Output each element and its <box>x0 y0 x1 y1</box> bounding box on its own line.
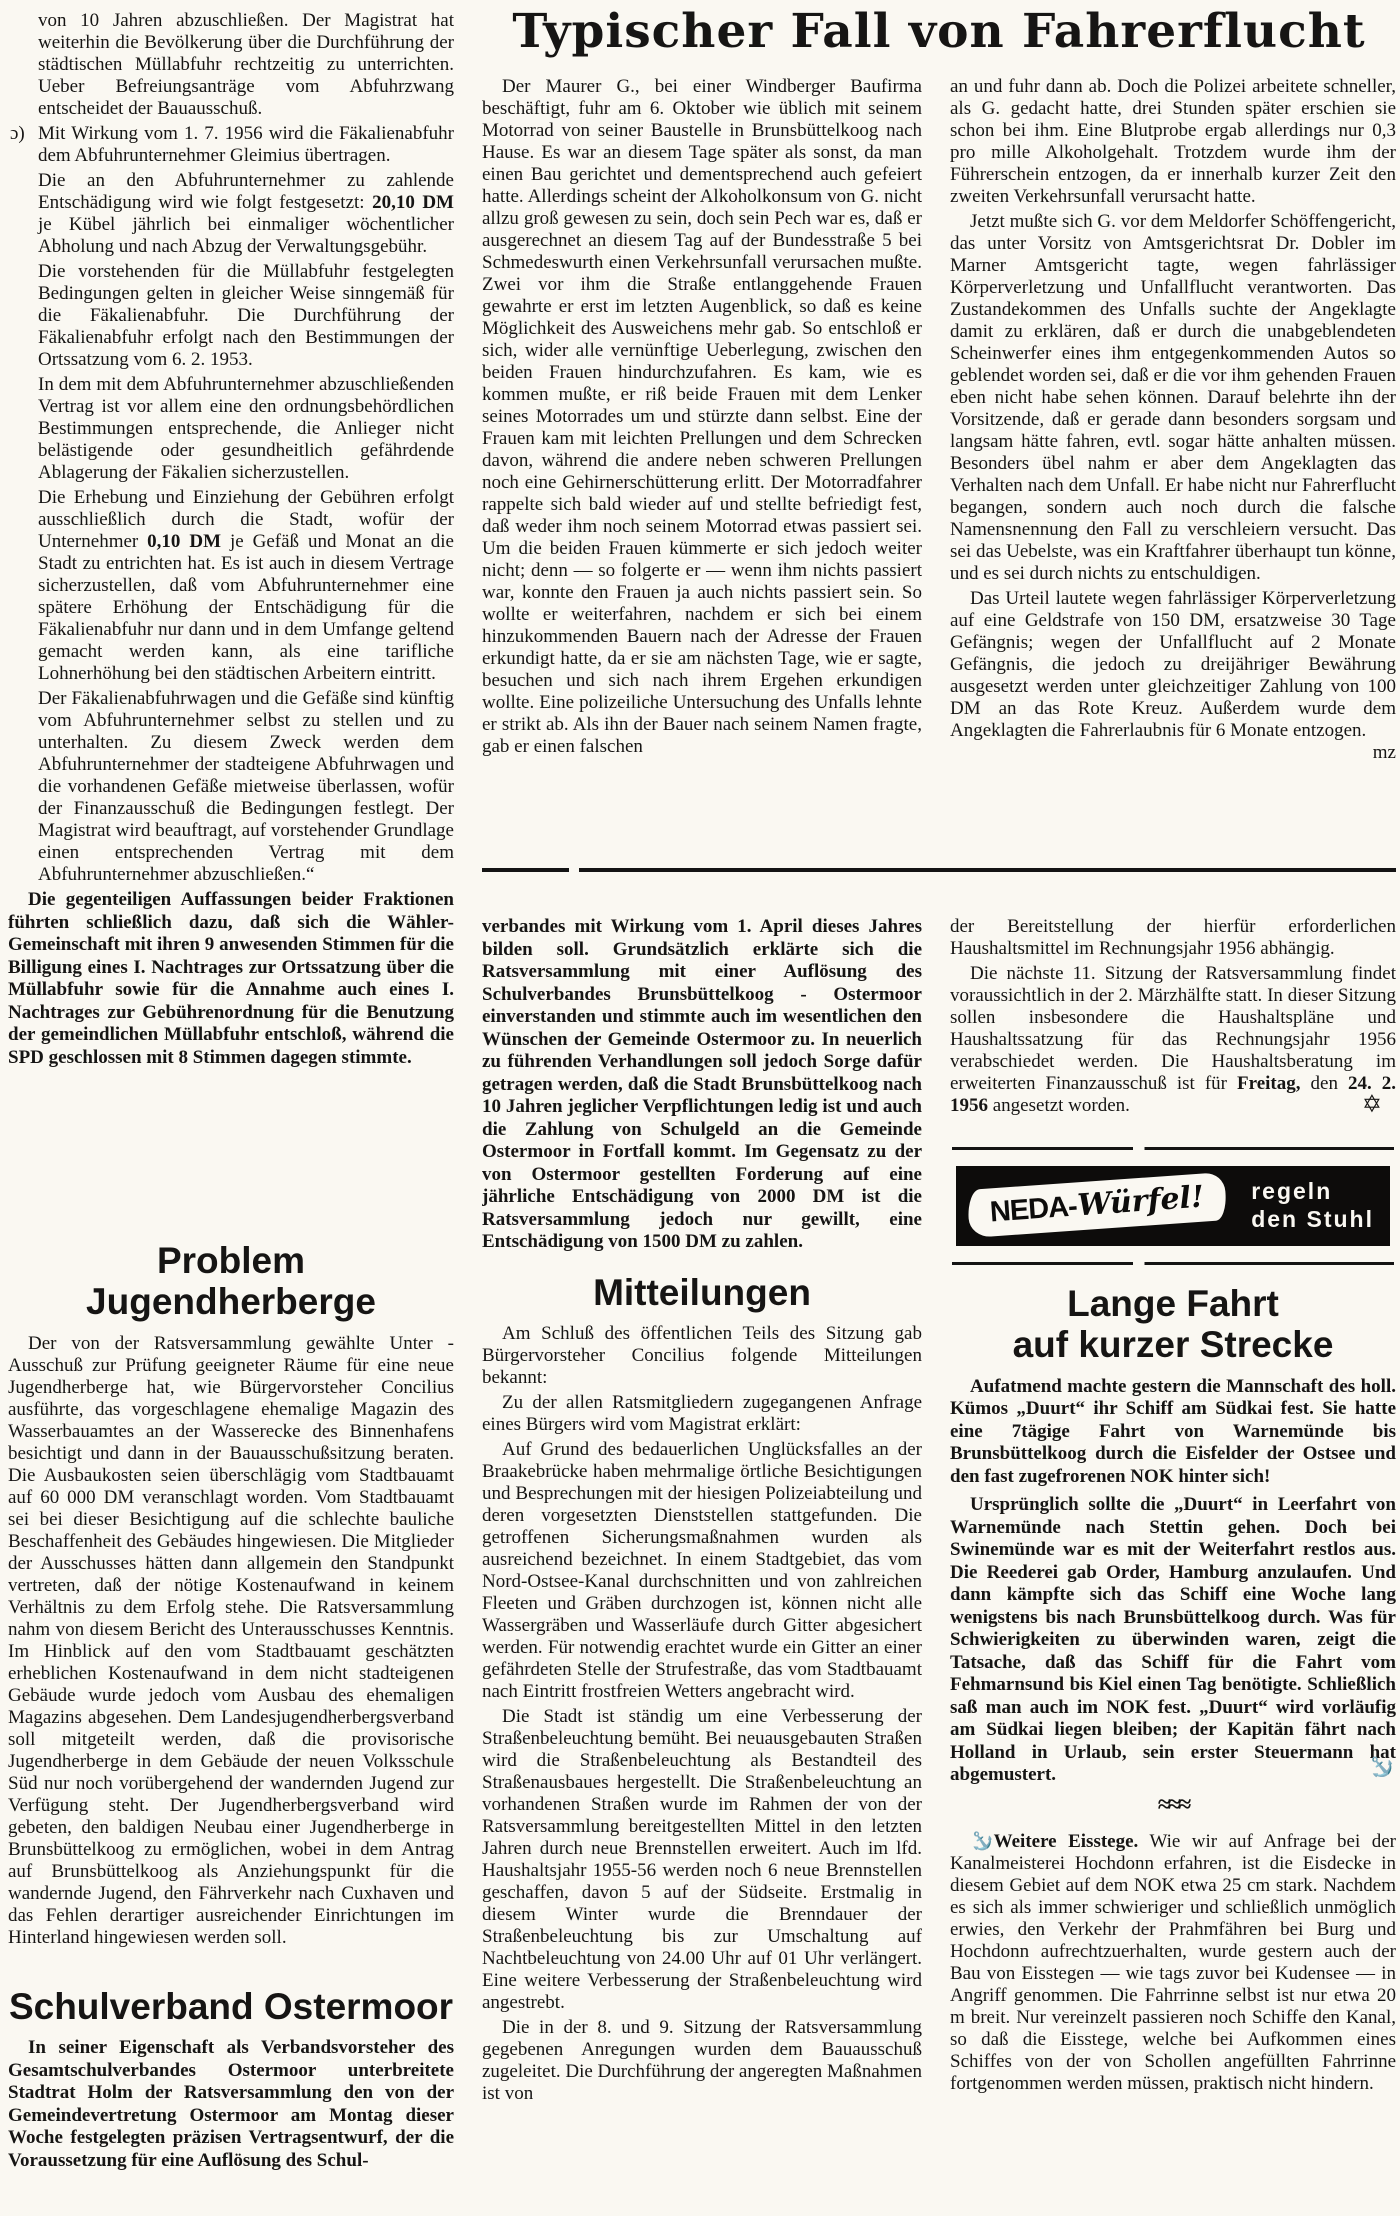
list-marker: ɔ) <box>10 123 25 145</box>
paragraph: In seiner Eigenschaft als Verbandsvorste… <box>8 2037 454 2172</box>
body-text: Jetzt mußte sich G. vor dem Meldorfer Sc… <box>950 211 1396 584</box>
heading-mitteilungen: Mitteilungen <box>482 1272 922 1313</box>
paragraph: Die vorstehenden für die Müllabfuhr fest… <box>8 261 454 371</box>
neda-ad-banner: NEDA-Würfel! <box>967 1172 1228 1238</box>
main-article-column-1: Der Maurer G., bei einer Windberger Bauf… <box>482 76 922 876</box>
body-text: Der von der Ratsversammlung gewählte Unt… <box>8 1333 454 1948</box>
heading-line: Problem Jugendherberge <box>8 1240 454 1323</box>
paragraph: Der Maurer G., bei einer Windberger Bauf… <box>482 76 922 758</box>
heading-line: auf kurzer Strecke <box>950 1324 1396 1365</box>
heading-schulverband-ostermoor: Schulverband Ostermoor <box>8 1986 454 2027</box>
body-text: Die in der 8. und 9. Sitzung der Ratsver… <box>482 2017 922 2104</box>
neda-brand-script: Würfel! <box>1077 1187 1205 1218</box>
body-text: Der Fäkalienabfuhrwagen und die Gefäße s… <box>38 688 454 885</box>
body-text: In dem mit dem Abfuhrunternehmer abzusch… <box>38 374 454 483</box>
left-column-schulverband-section: Schulverband OstermoorIn seiner Eigensch… <box>8 1968 454 2210</box>
paragraph: Das Urteil lautete wegen fahrlässiger Kö… <box>950 588 1396 742</box>
neda-brand-prefix: NEDA- <box>989 1195 1077 1223</box>
body-text: von 10 Jahren abzuschließen. Der Magistr… <box>38 10 454 119</box>
body-text: an und fuhr dann ab. Doch die Polizei ar… <box>950 76 1396 207</box>
body-text: Wie wir auf Anfrage bei der Kanalmeister… <box>950 1831 1396 2094</box>
left-column-top-section: von 10 Jahren abzuschließen. Der Magistr… <box>8 10 454 1218</box>
body-text: Auf Grund des bedauerlichen Unglücksfall… <box>482 1439 922 1702</box>
paragraph: der Bereitstellung der hierfür erforderl… <box>950 916 1396 960</box>
paragraph: Die Stadt ist ständig um eine Verbesseru… <box>482 1706 922 2014</box>
body-text: Die gegenteiligen Auffassungen beider Fr… <box>8 889 454 1068</box>
left-column-jugendherberge-section: Problem JugendherbergeDer von der Ratsve… <box>8 1222 454 1964</box>
paragraph: Der von der Ratsversammlung gewählte Unt… <box>8 1333 454 1949</box>
neda-ad-tagline: regeln den Stuhl <box>1251 1177 1374 1233</box>
body-text: verbandes mit Wirkung vom 1. April diese… <box>482 916 922 1252</box>
paragraph: Die gegenteiligen Auffassungen beider Fr… <box>8 889 454 1069</box>
neda-tagline-line2: den Stuhl <box>1251 1205 1374 1233</box>
paragraph: Am Schluß des öffentlichen Teils des Sit… <box>482 1323 922 1389</box>
paragraph: ⚓ Weitere Eisstege. Wie wir auf Anfrage … <box>950 1831 1396 2095</box>
body-text: je Kübel jährlich bei einmaliger wöchent… <box>38 214 454 257</box>
paragraph: Die in der 8. und 9. Sitzung der Ratsver… <box>482 2017 922 2105</box>
body-text: angesetzt worden. <box>988 1095 1130 1116</box>
paragraph: verbandes mit Wirkung vom 1. April diese… <box>482 916 922 1254</box>
bold-text: Freitag, <box>1237 1073 1301 1094</box>
ad-bottom-rule <box>952 1262 1394 1265</box>
body-text: Am Schluß des öffentlichen Teils des Sit… <box>482 1323 922 1388</box>
paragraph: Der Fäkalienabfuhrwagen und die Gefäße s… <box>8 688 454 886</box>
body-text: Der Maurer G., bei einer Windberger Bauf… <box>482 76 922 757</box>
neda-ad: NEDA-Würfel! regeln den Stuhl <box>950 1147 1396 1265</box>
middle-column-bottom-section: verbandes mit Wirkung vom 1. April diese… <box>482 916 922 2210</box>
right-column-bottom-section: der Bereitstellung der hierfür erforderl… <box>950 916 1396 2210</box>
body-text: den <box>1301 1073 1348 1094</box>
star-symbol: ✡ <box>1342 1095 1382 1115</box>
body-text: Aufatmend machte gestern die Mannschaft … <box>950 1376 1396 1487</box>
paragraph: Die an den Abfuhrunternehmer zu zahlende… <box>8 170 454 258</box>
paragraph: Auf Grund des bedauerlichen Unglücksfall… <box>482 1439 922 1703</box>
article-headline: Typischer Fall von Fahrerflucht <box>482 0 1396 64</box>
paragraph: von 10 Jahren abzuschließen. Der Magistr… <box>8 10 454 120</box>
heading-problem-jugendherberge: Problem Jugendherberge <box>8 1240 454 1323</box>
body-text: Die Stadt ist ständig um eine Verbesseru… <box>482 1706 922 2013</box>
body-text: Ursprünglich sollte die „Duurt“ in Leerf… <box>950 1494 1396 1785</box>
newspaper-page: Typischer Fall von Fahrerflucht von 10 J… <box>0 0 1400 2216</box>
body-text: Zu der allen Ratsmitgliedern zugegangene… <box>482 1392 922 1435</box>
paragraph: an und fuhr dann ab. Doch die Polizei ar… <box>950 76 1396 208</box>
bold-text: 20,10 DM <box>372 192 454 213</box>
wave-divider: ≈≈≈ <box>950 1793 1396 1817</box>
paragraph: Zu der allen Ratsmitgliedern zugegangene… <box>482 1392 922 1436</box>
paragraph: Die nächste 11. Sitzung der Ratsversamml… <box>950 963 1396 1117</box>
heading-lange-fahrt: Lange Fahrtauf kurzer Strecke <box>950 1283 1396 1366</box>
body-text: der Bereitstellung der hierfür erforderl… <box>950 916 1396 959</box>
paragraph: Ursprünglich sollte die „Duurt“ in Leerf… <box>950 1494 1396 1787</box>
body-text: In seiner Eigenschaft als Verbandsvorste… <box>8 2037 454 2171</box>
bold-text: 0,10 DM <box>147 531 221 552</box>
ad-top-rule <box>952 1147 1394 1150</box>
bold-text: Weitere Eisstege. <box>994 1831 1139 1852</box>
paragraph: In dem mit dem Abfuhrunternehmer abzusch… <box>8 374 454 484</box>
author-initials: mz <box>1353 742 1396 764</box>
paragraph: ɔ)Mit Wirkung vom 1. 7. 1956 wird die Fä… <box>8 123 454 167</box>
main-article-column-2: an und fuhr dann ab. Doch die Polizei ar… <box>950 76 1396 876</box>
body-text: Mit Wirkung vom 1. 7. 1956 wird die Fäka… <box>38 123 454 166</box>
body-text: Die vorstehenden für die Müllabfuhr fest… <box>38 261 454 370</box>
neda-ad-box: NEDA-Würfel! regeln den Stuhl <box>956 1166 1390 1246</box>
neda-tagline-line1: regeln <box>1251 1177 1374 1205</box>
body-text: je Gefäß und Monat an die Stadt zu entri… <box>38 531 454 684</box>
heading-line: Lange Fahrt <box>950 1283 1396 1324</box>
paragraph: Jetzt mußte sich G. vor dem Meldorfer Sc… <box>950 211 1396 585</box>
section-divider-rule <box>482 868 1396 872</box>
body-text: Das Urteil lautete wegen fahrlässiger Kö… <box>950 588 1396 741</box>
paragraph: Die Erhebung und Einziehung der Gebühren… <box>8 487 454 685</box>
paragraph: Aufatmend machte gestern die Mannschaft … <box>950 1376 1396 1489</box>
heading-line: Mitteilungen <box>482 1272 922 1313</box>
heading-line: Schulverband Ostermoor <box>8 1986 454 2027</box>
